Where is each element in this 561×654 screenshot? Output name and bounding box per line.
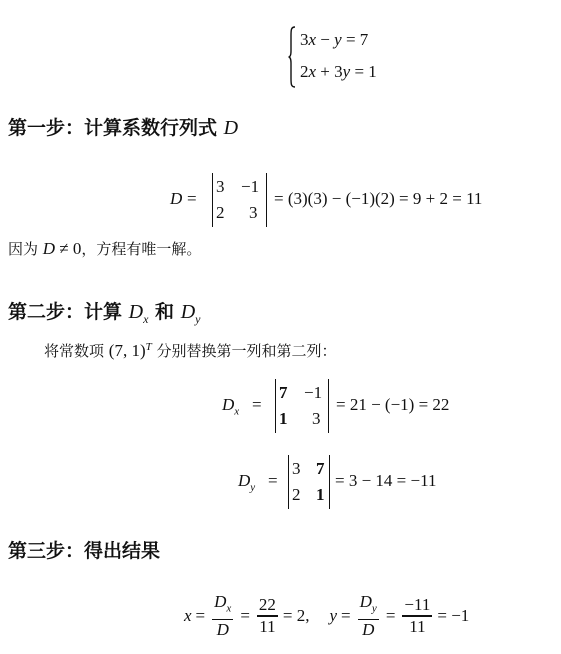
matrix-cell: 2 [292, 485, 301, 505]
determinant-dy-matrix: 3 7 2 1 [288, 455, 330, 509]
var-y: y [334, 30, 342, 49]
equals-sign: = [196, 606, 206, 626]
note-suffix: ，方程有唯一解。 [81, 240, 201, 258]
matrix-cell: 1 [279, 409, 288, 429]
step2-heading-text: 第二步：计算 [8, 301, 122, 323]
fraction-denominator: D [215, 620, 231, 640]
d-label: D [170, 189, 182, 209]
equation-1: 3x − y = 7 [300, 30, 368, 50]
dx-label: Dx [222, 395, 239, 417]
fraction-dx-over-d: Dx D [212, 592, 233, 640]
fraction-neg11-over-11: −11 11 [402, 595, 432, 636]
rhs: = 7 [342, 30, 369, 49]
fraction-numerator: Dx [212, 592, 233, 618]
left-brace-icon [288, 26, 296, 88]
determinant-dx-result: = 21 − (−1) = 22 [336, 395, 449, 415]
num-sub: x [226, 603, 231, 615]
coef: 2 [300, 62, 309, 81]
step1-heading-symbol: D [224, 117, 238, 139]
fraction-22-over-11: 22 11 [257, 595, 278, 636]
fraction-denominator: 11 [407, 617, 427, 637]
determinant-dx-matrix: 7 −1 1 3 [275, 379, 329, 433]
step1-heading: 第一步：计算系数行列式 D [8, 113, 238, 140]
desc-sup: T [146, 341, 152, 353]
equals-sign: = [386, 606, 396, 626]
step3-heading-text: 第三步：得出结果 [8, 540, 160, 562]
equation-2: 2x + 3y = 1 [300, 62, 377, 82]
unique-solution-note: 因为 D ≠ 0，方程有唯一解。 [8, 238, 201, 259]
operator: − [316, 30, 334, 49]
determinant-dx-equation: Dx = 7 −1 1 3 = 21 − (−1) = 22 [222, 375, 482, 437]
y-label: y [330, 606, 338, 626]
step1-heading-text: 第一步：计算系数行列式 [8, 117, 217, 139]
operator: + 3 [316, 62, 343, 81]
determinant-d-matrix: 3 −1 2 3 [212, 173, 267, 227]
step2-heading: 第二步：计算 Dx 和 Dy [8, 297, 200, 327]
determinant-d-equation: D = 3 −1 2 3 = (3)(3) − (−1)(2) = 9 + 2 … [170, 169, 550, 231]
desc-suffix: 分别替换第一列和第二列： [157, 342, 337, 360]
note-math: ≠ 0 [55, 239, 81, 258]
dy-label-sub: y [250, 481, 255, 493]
num-main: D [214, 592, 226, 611]
desc-prefix: 将常数项 [44, 342, 104, 360]
fraction-denominator: D [360, 620, 376, 640]
var-x: x [309, 30, 317, 49]
equals-sign: = [252, 395, 262, 415]
y-result: = −1 [437, 606, 469, 626]
equals-sign: = [268, 471, 278, 491]
final-solution: x = Dx D = 22 11 = 2, y = Dy D = −11 11 … [184, 594, 469, 638]
fraction-numerator: Dy [358, 592, 379, 618]
matrix-cell: −1 [304, 383, 322, 403]
coef: 3 [300, 30, 309, 49]
matrix-cell: 3 [312, 409, 321, 429]
equals-sign: = [341, 606, 351, 626]
heading-dx-sub: x [143, 312, 148, 326]
heading-and: 和 [155, 301, 174, 323]
determinant-dy-equation: Dy = 3 7 2 1 = 3 − 14 = −11 [238, 451, 478, 513]
x-result: = 2, [283, 606, 310, 626]
dy-label-main: D [238, 471, 250, 490]
matrix-cell: 2 [216, 203, 225, 223]
heading-dy: D [181, 301, 195, 323]
desc-math: (7, 1) [109, 341, 146, 360]
matrix-cell: 7 [279, 383, 288, 403]
heading-dy-sub: y [195, 312, 200, 326]
dx-label-sub: x [234, 405, 239, 417]
fraction-denominator: 11 [257, 617, 277, 637]
x-label: x [184, 606, 192, 626]
note-prefix: 因为 [8, 240, 38, 258]
rhs: = 1 [350, 62, 377, 81]
matrix-cell: 3 [292, 459, 301, 479]
step2-description: 将常数项 (7, 1)T 分别替换第一列和第二列： [44, 340, 337, 361]
num-main: D [360, 592, 372, 611]
note-symbol: D [43, 239, 55, 258]
fraction-numerator: 22 [257, 595, 278, 615]
fraction-dy-over-d: Dy D [358, 592, 379, 640]
matrix-cell: −1 [241, 177, 259, 197]
fraction-numerator: −11 [402, 595, 432, 615]
matrix-cell: 7 [316, 459, 325, 479]
determinant-dy-result: = 3 − 14 = −11 [335, 471, 436, 491]
equals-sign: = [187, 189, 197, 209]
dy-label: Dy [238, 471, 255, 493]
matrix-cell: 1 [316, 485, 325, 505]
matrix-cell: 3 [216, 177, 225, 197]
equals-sign: = [240, 606, 250, 626]
determinant-d-result: = (3)(3) − (−1)(2) = 9 + 2 = 11 [274, 189, 482, 209]
matrix-cell: 3 [249, 203, 258, 223]
num-sub: y [372, 603, 377, 615]
dx-label-main: D [222, 395, 234, 414]
var-x: x [309, 62, 317, 81]
heading-dx: D [129, 301, 143, 323]
step3-heading: 第三步：得出结果 [8, 536, 160, 563]
